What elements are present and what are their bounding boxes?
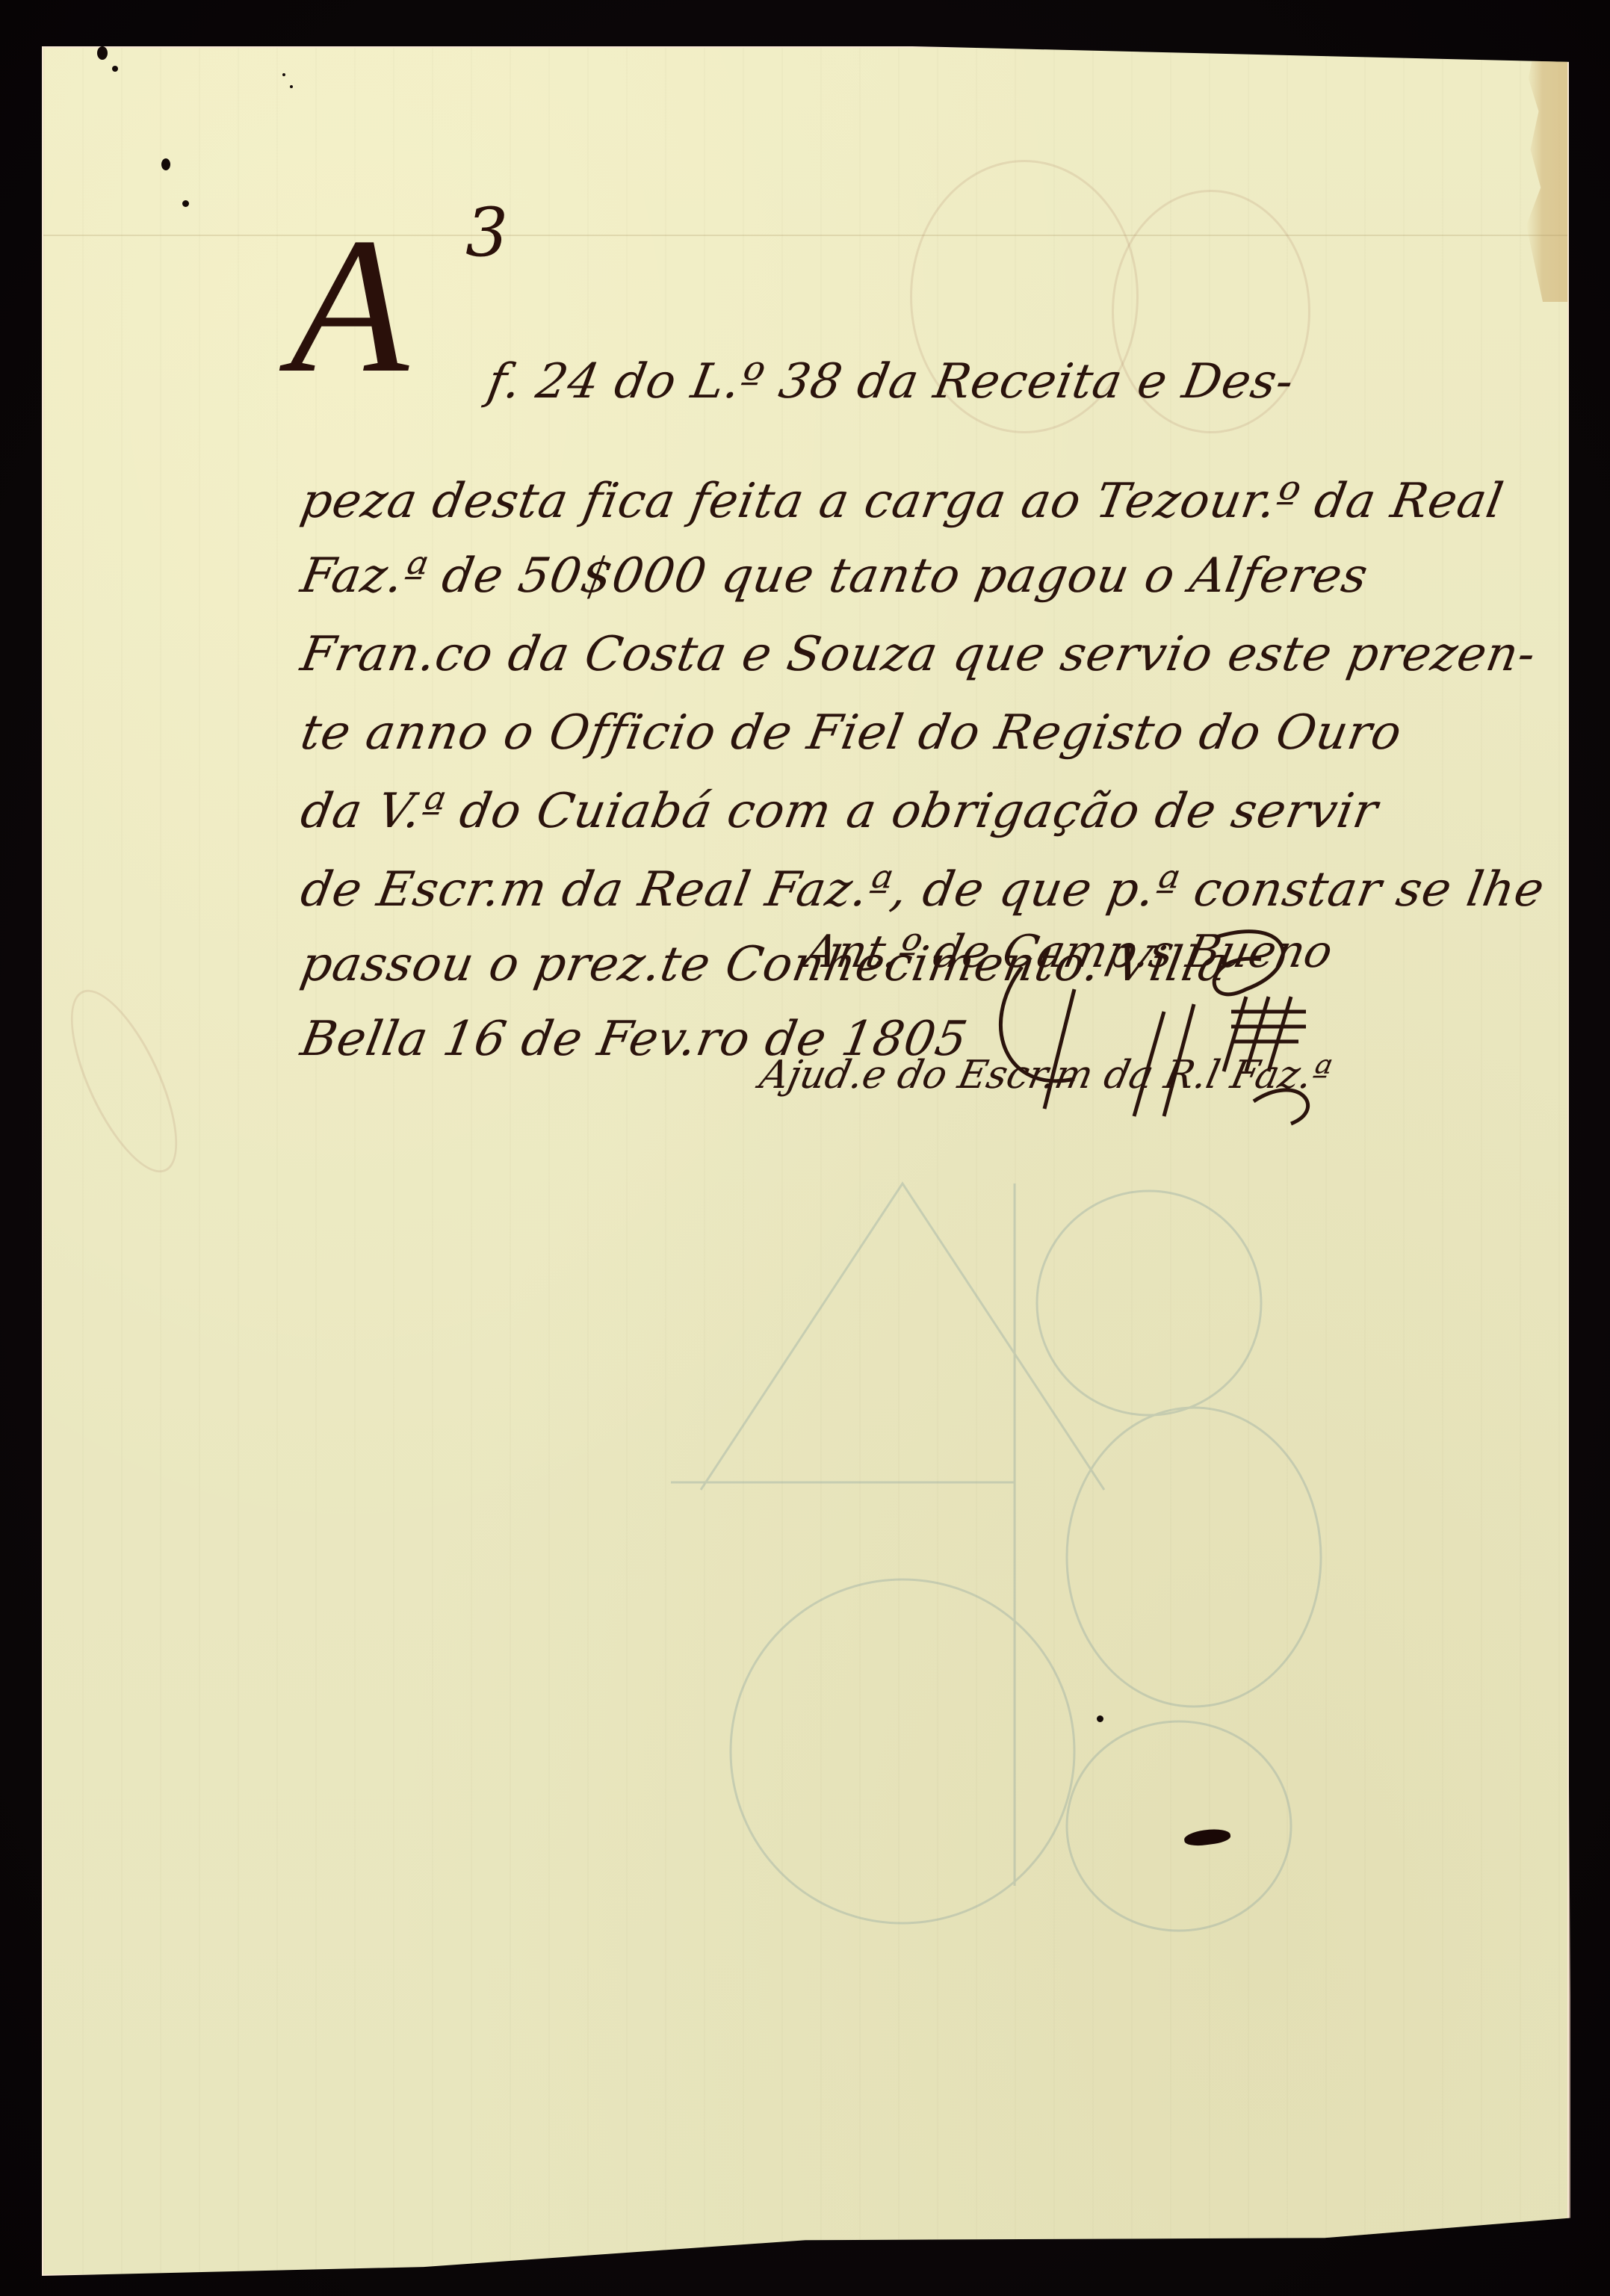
ink-speck	[97, 46, 108, 60]
ink-speck	[112, 66, 118, 72]
signature-flourish	[977, 922, 1328, 1131]
paper-fold-line	[43, 235, 1567, 236]
body-line-7: de Escr.m da Real Faz.ª, de que p.ª cons…	[297, 866, 1548, 914]
body-line-3: Faz.ª de 50$000 que tanto pagou o Alfere…	[297, 552, 1372, 600]
ink-speck	[290, 85, 293, 88]
body-line-2: peza desta fica feita a carga ao Tezour.…	[297, 477, 1507, 525]
water-stain	[1526, 48, 1567, 302]
body-line-6: da V.ª do Cuiabá com a obrigação de serv…	[297, 787, 1381, 835]
body-line-4: Fran.co da Costa e Souza que servio este…	[297, 631, 1540, 678]
manuscript-page: A 3 f. 24 do L.º 38 da Receita e Des- pe…	[42, 46, 1569, 2276]
ink-speck	[182, 200, 189, 207]
initial-letter: A	[290, 208, 394, 403]
body-line-5: te anno o Officio de Fiel do Registo do …	[297, 709, 1405, 757]
body-line-1: f. 24 do L.º 38 da Receita e Des-	[484, 358, 1298, 406]
marginal-mark: 3	[465, 194, 508, 272]
ink-speck	[1097, 1715, 1103, 1722]
ink-speck	[282, 73, 285, 76]
ink-speck	[161, 158, 170, 170]
photo-background: A 3 f. 24 do L.º 38 da Receita e Des- pe…	[0, 0, 1610, 2296]
show-through-mark	[49, 976, 198, 1186]
